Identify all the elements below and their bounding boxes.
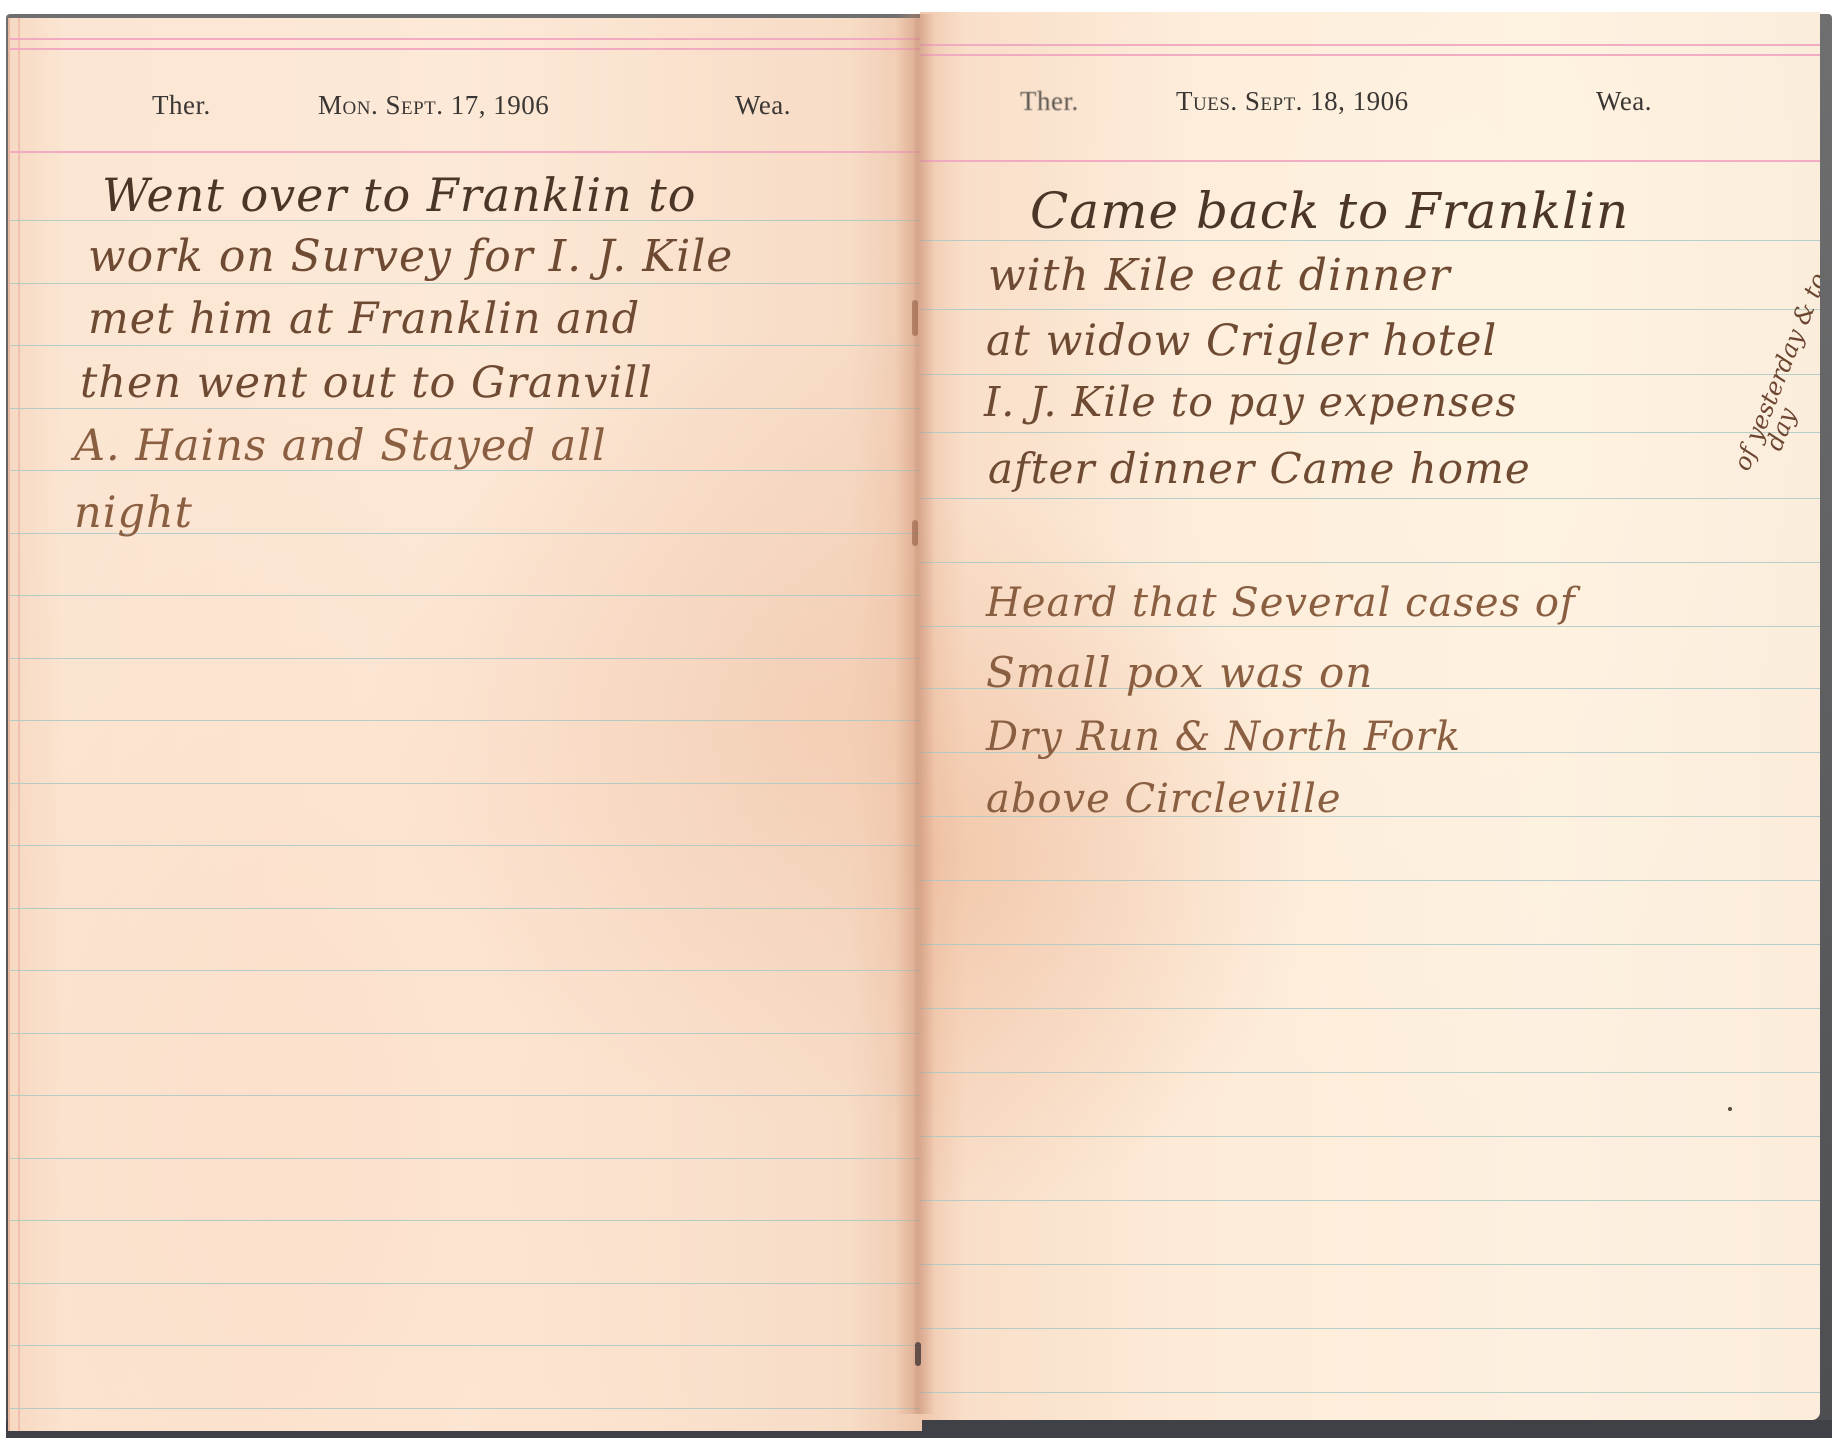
note-line: Dry Run & North Fork [986, 714, 1461, 760]
header-rule-top-2 [10, 48, 922, 50]
note-line: Small pox was on [986, 648, 1373, 697]
ruled-line [920, 1072, 1820, 1073]
ruled-line [920, 1392, 1820, 1393]
ruled-line [10, 720, 922, 721]
ruled-line [920, 562, 1820, 563]
ther-label: Ther. [1020, 86, 1079, 117]
ruled-line [920, 880, 1820, 881]
ruled-line [10, 408, 922, 409]
page-date: Tues. Sept. 18, 1906 [1176, 86, 1409, 117]
paper-speck [1728, 1107, 1732, 1111]
note-line: above Circleville [986, 776, 1342, 822]
ruled-line [920, 240, 1820, 241]
header-rule-top-1 [920, 44, 1820, 46]
ruled-line [10, 1220, 922, 1221]
entry-line: Went over to Franklin to [102, 168, 697, 222]
entry-line: then went out to Granvill [80, 358, 653, 408]
ruled-line [920, 1008, 1820, 1009]
ruled-line [920, 1328, 1820, 1329]
ruled-line [10, 283, 922, 284]
ruled-line [10, 1408, 922, 1409]
header-rule-bottom [920, 160, 1820, 162]
entry-line: work on Survey for I. J. Kile [88, 231, 733, 282]
header-rule-bottom [10, 151, 922, 153]
entry-line: night [74, 488, 193, 538]
ruled-line [920, 1136, 1820, 1137]
wea-label: Wea. [1596, 86, 1652, 117]
ruled-line [920, 374, 1820, 375]
ruled-line [10, 1158, 922, 1159]
header-rule-top-2 [920, 54, 1820, 56]
diary-spread: Ther. Mon. Sept. 17, 1906 Wea. Went over… [0, 0, 1834, 1443]
ruled-line [10, 1345, 922, 1346]
ruled-line [10, 1283, 922, 1284]
right-page: Ther. Tues. Sept. 18, 1906 Wea. Came bac… [920, 12, 1820, 1420]
ther-label: Ther. [152, 90, 211, 121]
ruled-line [10, 658, 922, 659]
ruled-line [10, 345, 922, 346]
header-rule-top-1 [10, 38, 922, 40]
entry-line: after dinner Came home [988, 444, 1531, 493]
binding-stitch [912, 520, 918, 546]
ruled-line [920, 498, 1820, 499]
entry-line: at widow Crigler hotel [986, 316, 1497, 366]
left-page: Ther. Mon. Sept. 17, 1906 Wea. Went over… [8, 18, 922, 1431]
ruled-line [10, 1033, 922, 1034]
ruled-line [920, 944, 1820, 945]
wea-label: Wea. [735, 90, 791, 121]
ruled-line [10, 845, 922, 846]
binding-stitch [912, 300, 918, 336]
page-date: Mon. Sept. 17, 1906 [318, 90, 549, 121]
binding-stitch [915, 1342, 921, 1366]
entry-line: met him at Franklin and [88, 294, 640, 344]
ruled-line [920, 1200, 1820, 1201]
entry-line: A. Hains and Stayed all [74, 421, 607, 471]
ruled-line [920, 432, 1820, 433]
ruled-line [920, 1264, 1820, 1265]
entry-line: I. J. Kile to pay expenses [984, 378, 1517, 426]
entry-line: Came back to Franklin [1030, 182, 1629, 240]
note-line: Heard that Several cases of [986, 580, 1576, 626]
ruled-line [920, 626, 1820, 627]
ruled-line [10, 970, 922, 971]
entry-line: with Kile eat dinner [988, 250, 1451, 301]
ruled-line [10, 908, 922, 909]
ruled-line [10, 783, 922, 784]
ruled-line [920, 309, 1820, 310]
ruled-line [10, 595, 922, 596]
ruled-line [10, 1095, 922, 1096]
